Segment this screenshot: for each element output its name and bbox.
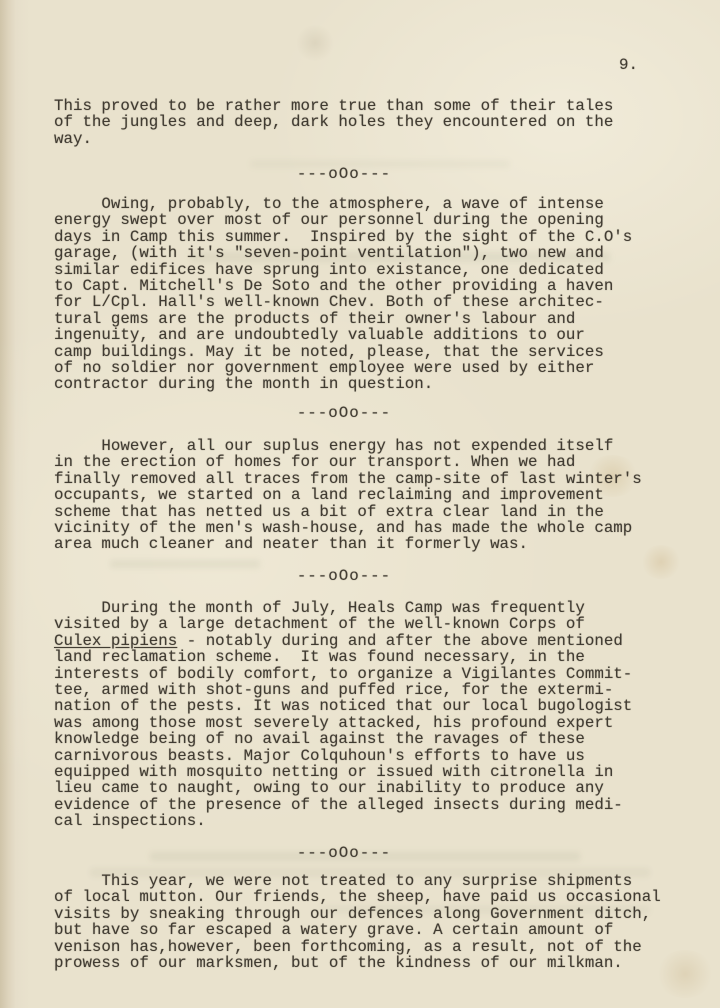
section-divider: ---oOo--- [54,844,634,862]
section-divider: ---oOo--- [54,567,634,585]
paragraph-4-text: - notably during and after the above men… [54,632,632,830]
paragraph-2: Owing, probably, to the atmosphere, a wa… [54,196,676,393]
section-divider: ---oOo--- [54,404,634,422]
paragraph-5: This year, we were not treated to any su… [54,873,676,971]
section-divider: ---oOo--- [54,165,634,183]
paragraph-4-text: During the month of July, Heals Camp was… [54,599,585,633]
paragraph-4: During the month of July, Heals Camp was… [54,600,676,830]
paragraph-3: However, all our suplus energy has not e… [54,438,676,553]
paper-stain [295,25,335,61]
page-number: 9. [619,56,638,74]
scanned-document-page: 9. This proved to be rather more true th… [0,0,720,1008]
paragraph-1: This proved to be rather more true than … [54,98,676,147]
